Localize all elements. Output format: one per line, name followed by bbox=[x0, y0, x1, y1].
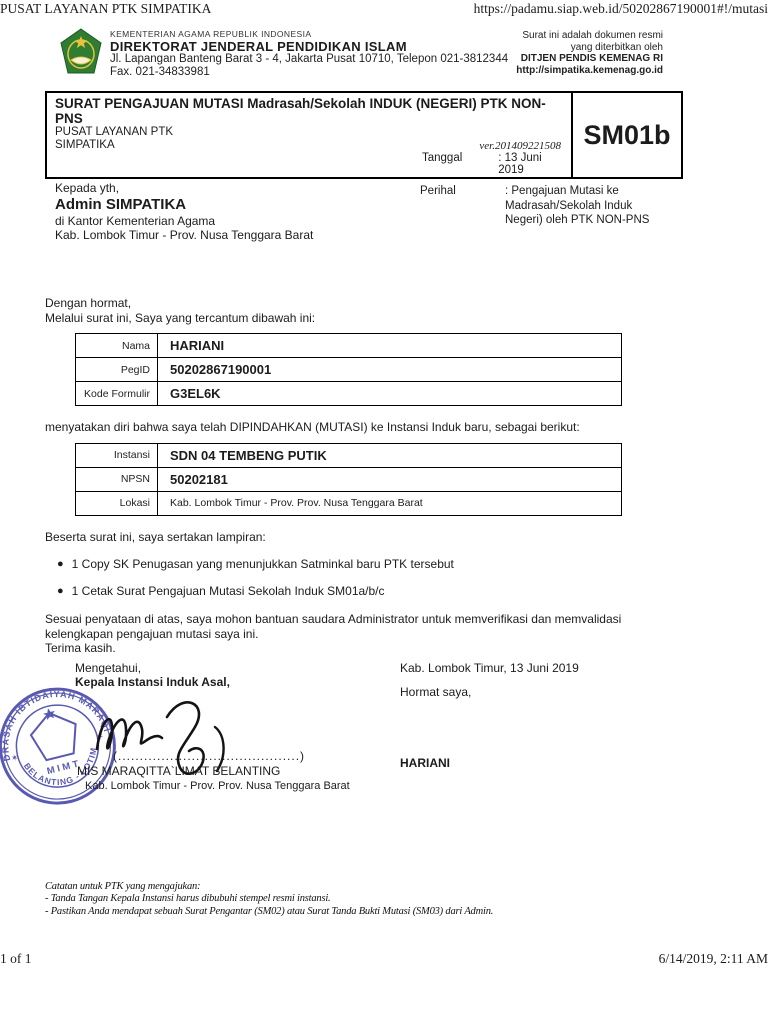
intro-line: Melalui surat ini, Saya yang tercantum d… bbox=[45, 311, 683, 326]
form-version: ver.201409221508 bbox=[479, 140, 563, 152]
statement-line: menyatakan diri bahwa saya telah DIPINDA… bbox=[45, 420, 683, 435]
head-name: MIS MARAQITTA`LIMAT BELANTING bbox=[77, 764, 350, 779]
request-paragraph: Sesuai penyataan di atas, saya mohon ban… bbox=[45, 612, 683, 641]
table-row: Nama HARIANI bbox=[76, 334, 622, 358]
note-line1: Surat ini adalah dokumen resmi bbox=[516, 30, 663, 42]
left-signatory: Mengetahui, Kepala Instansi Induk Asal, bbox=[75, 661, 683, 690]
attachment-item: ● 1 Cetak Surat Pengajuan Mutasi Sekolah… bbox=[57, 584, 683, 598]
letter-content: KEMENTERIAN AGAMA REPUBLIK INDONESIA DIR… bbox=[45, 0, 683, 918]
signature-section: Mengetahui, Kepala Instansi Induk Asal, … bbox=[45, 661, 683, 833]
form-org1: PUSAT LAYANAN PTK bbox=[55, 126, 563, 139]
letterhead-text: KEMENTERIAN AGAMA REPUBLIK INDONESIA DIR… bbox=[110, 28, 508, 78]
signer-name: HARIANI bbox=[400, 756, 579, 771]
table-row: Instansi SDN 04 TEMBENG PUTIK bbox=[76, 443, 622, 467]
print-preview-page: PUSAT LAYANAN PTK SIMPATIKA https://pada… bbox=[0, 0, 768, 1024]
mengetahui-label: Mengetahui, bbox=[75, 661, 683, 676]
tanggal-row: Tanggal : 13 Juni 2019 bbox=[422, 152, 563, 177]
footnote-title: Catatan untuk PTK yang mengajukan: bbox=[45, 881, 683, 894]
form-title: SURAT PENGAJUAN MUTASI Madrasah/Sekolah … bbox=[55, 96, 563, 126]
attachments-intro: Beserta surat ini, saya sertakan lampira… bbox=[45, 530, 683, 545]
table-row: Kode Formulir G3EL6K bbox=[76, 382, 622, 406]
kemenag-logo-icon bbox=[60, 28, 102, 80]
table-row: NPSN 50202181 bbox=[76, 467, 622, 491]
letterhead: KEMENTERIAN AGAMA REPUBLIK INDONESIA DIR… bbox=[45, 28, 683, 80]
thanks-line: Terima kasih. bbox=[45, 641, 683, 656]
footnote-2: - Pastikan Anda mendapat sebuah Surat Pe… bbox=[45, 906, 683, 919]
footnotes: Catatan untuk PTK yang mengajukan: - Tan… bbox=[45, 881, 683, 919]
recipient-line3: Kab. Lombok Timur - Prov. Nusa Tenggara … bbox=[55, 228, 683, 242]
table-row: Lokasi Kab. Lombok Timur - Prov. Prov. N… bbox=[76, 491, 622, 515]
place-date: Kab. Lombok Timur, 13 Juni 2019 bbox=[400, 661, 579, 676]
bullet-icon: ● bbox=[57, 557, 64, 571]
form-header-left: SURAT PENGAJUAN MUTASI Madrasah/Sekolah … bbox=[47, 93, 571, 177]
perihal-block: Perihal : Pengajuan Mutasi ke Madrasah/S… bbox=[420, 184, 649, 228]
directorate-name: DIREKTORAT JENDERAL PENDIDIKAN ISLAM bbox=[110, 41, 508, 54]
hormat-saya-label: Hormat saya, bbox=[400, 685, 579, 700]
left-signatory-identity: (.......................................… bbox=[75, 749, 350, 794]
tanggal-label: Tanggal bbox=[422, 152, 498, 176]
perihal-label: Perihal bbox=[420, 184, 505, 228]
footnote-1: - Tanda Tangan Kepala Instansi harus dib… bbox=[45, 893, 683, 906]
form-org2: SIMPATIKA bbox=[55, 139, 115, 152]
note-line3: DITJEN PENDIS KEMENAG RI bbox=[516, 53, 663, 65]
note-line2: yang diterbitkan oleh bbox=[516, 42, 663, 54]
table-row: PegID 50202867190001 bbox=[76, 358, 622, 382]
print-footer: 1 of 1 6/14/2019, 2:11 AM bbox=[0, 951, 768, 967]
identity-table: Nama HARIANI PegID 50202867190001 Kode F… bbox=[75, 333, 622, 406]
perihal-value: : Pengajuan Mutasi ke Madrasah/Sekolah I… bbox=[505, 184, 649, 228]
print-timestamp: 6/14/2019, 2:11 AM bbox=[659, 951, 768, 967]
bullet-icon: ● bbox=[57, 584, 64, 598]
letterhead-fax: Fax. 021-34833981 bbox=[110, 66, 508, 79]
tanggal-value: : 13 Juni 2019 bbox=[498, 152, 563, 176]
stamp-star-left: ✶ bbox=[10, 751, 20, 763]
page-count: 1 of 1 bbox=[0, 951, 32, 967]
note-line4: http://simpatika.kemenag.go.id bbox=[516, 65, 663, 77]
attachment-item: ● 1 Copy SK Penugasan yang menunjukkan S… bbox=[57, 557, 683, 571]
letterhead-address: Jl. Lapangan Banteng Barat 3 - 4, Jakart… bbox=[110, 53, 508, 66]
instansi-table: Instansi SDN 04 TEMBENG PUTIK NPSN 50202… bbox=[75, 443, 622, 516]
greeting: Dengan hormat, bbox=[45, 296, 683, 311]
meta-row: Kepada yth, Admin SIMPATIKA di Kantor Ke… bbox=[45, 181, 683, 276]
form-header-box: SURAT PENGAJUAN MUTASI Madrasah/Sekolah … bbox=[45, 91, 683, 179]
right-signatory: Kab. Lombok Timur, 13 Juni 2019 Hormat s… bbox=[400, 661, 579, 771]
signature-dots-line: (.......................................… bbox=[113, 749, 350, 764]
form-code-badge: SM01b bbox=[571, 93, 681, 177]
head-location: Kab. Lombok Timur - Prov. Prov. Nusa Ten… bbox=[85, 779, 350, 794]
official-document-note: Surat ini adalah dokumen resmi yang dite… bbox=[516, 28, 683, 76]
